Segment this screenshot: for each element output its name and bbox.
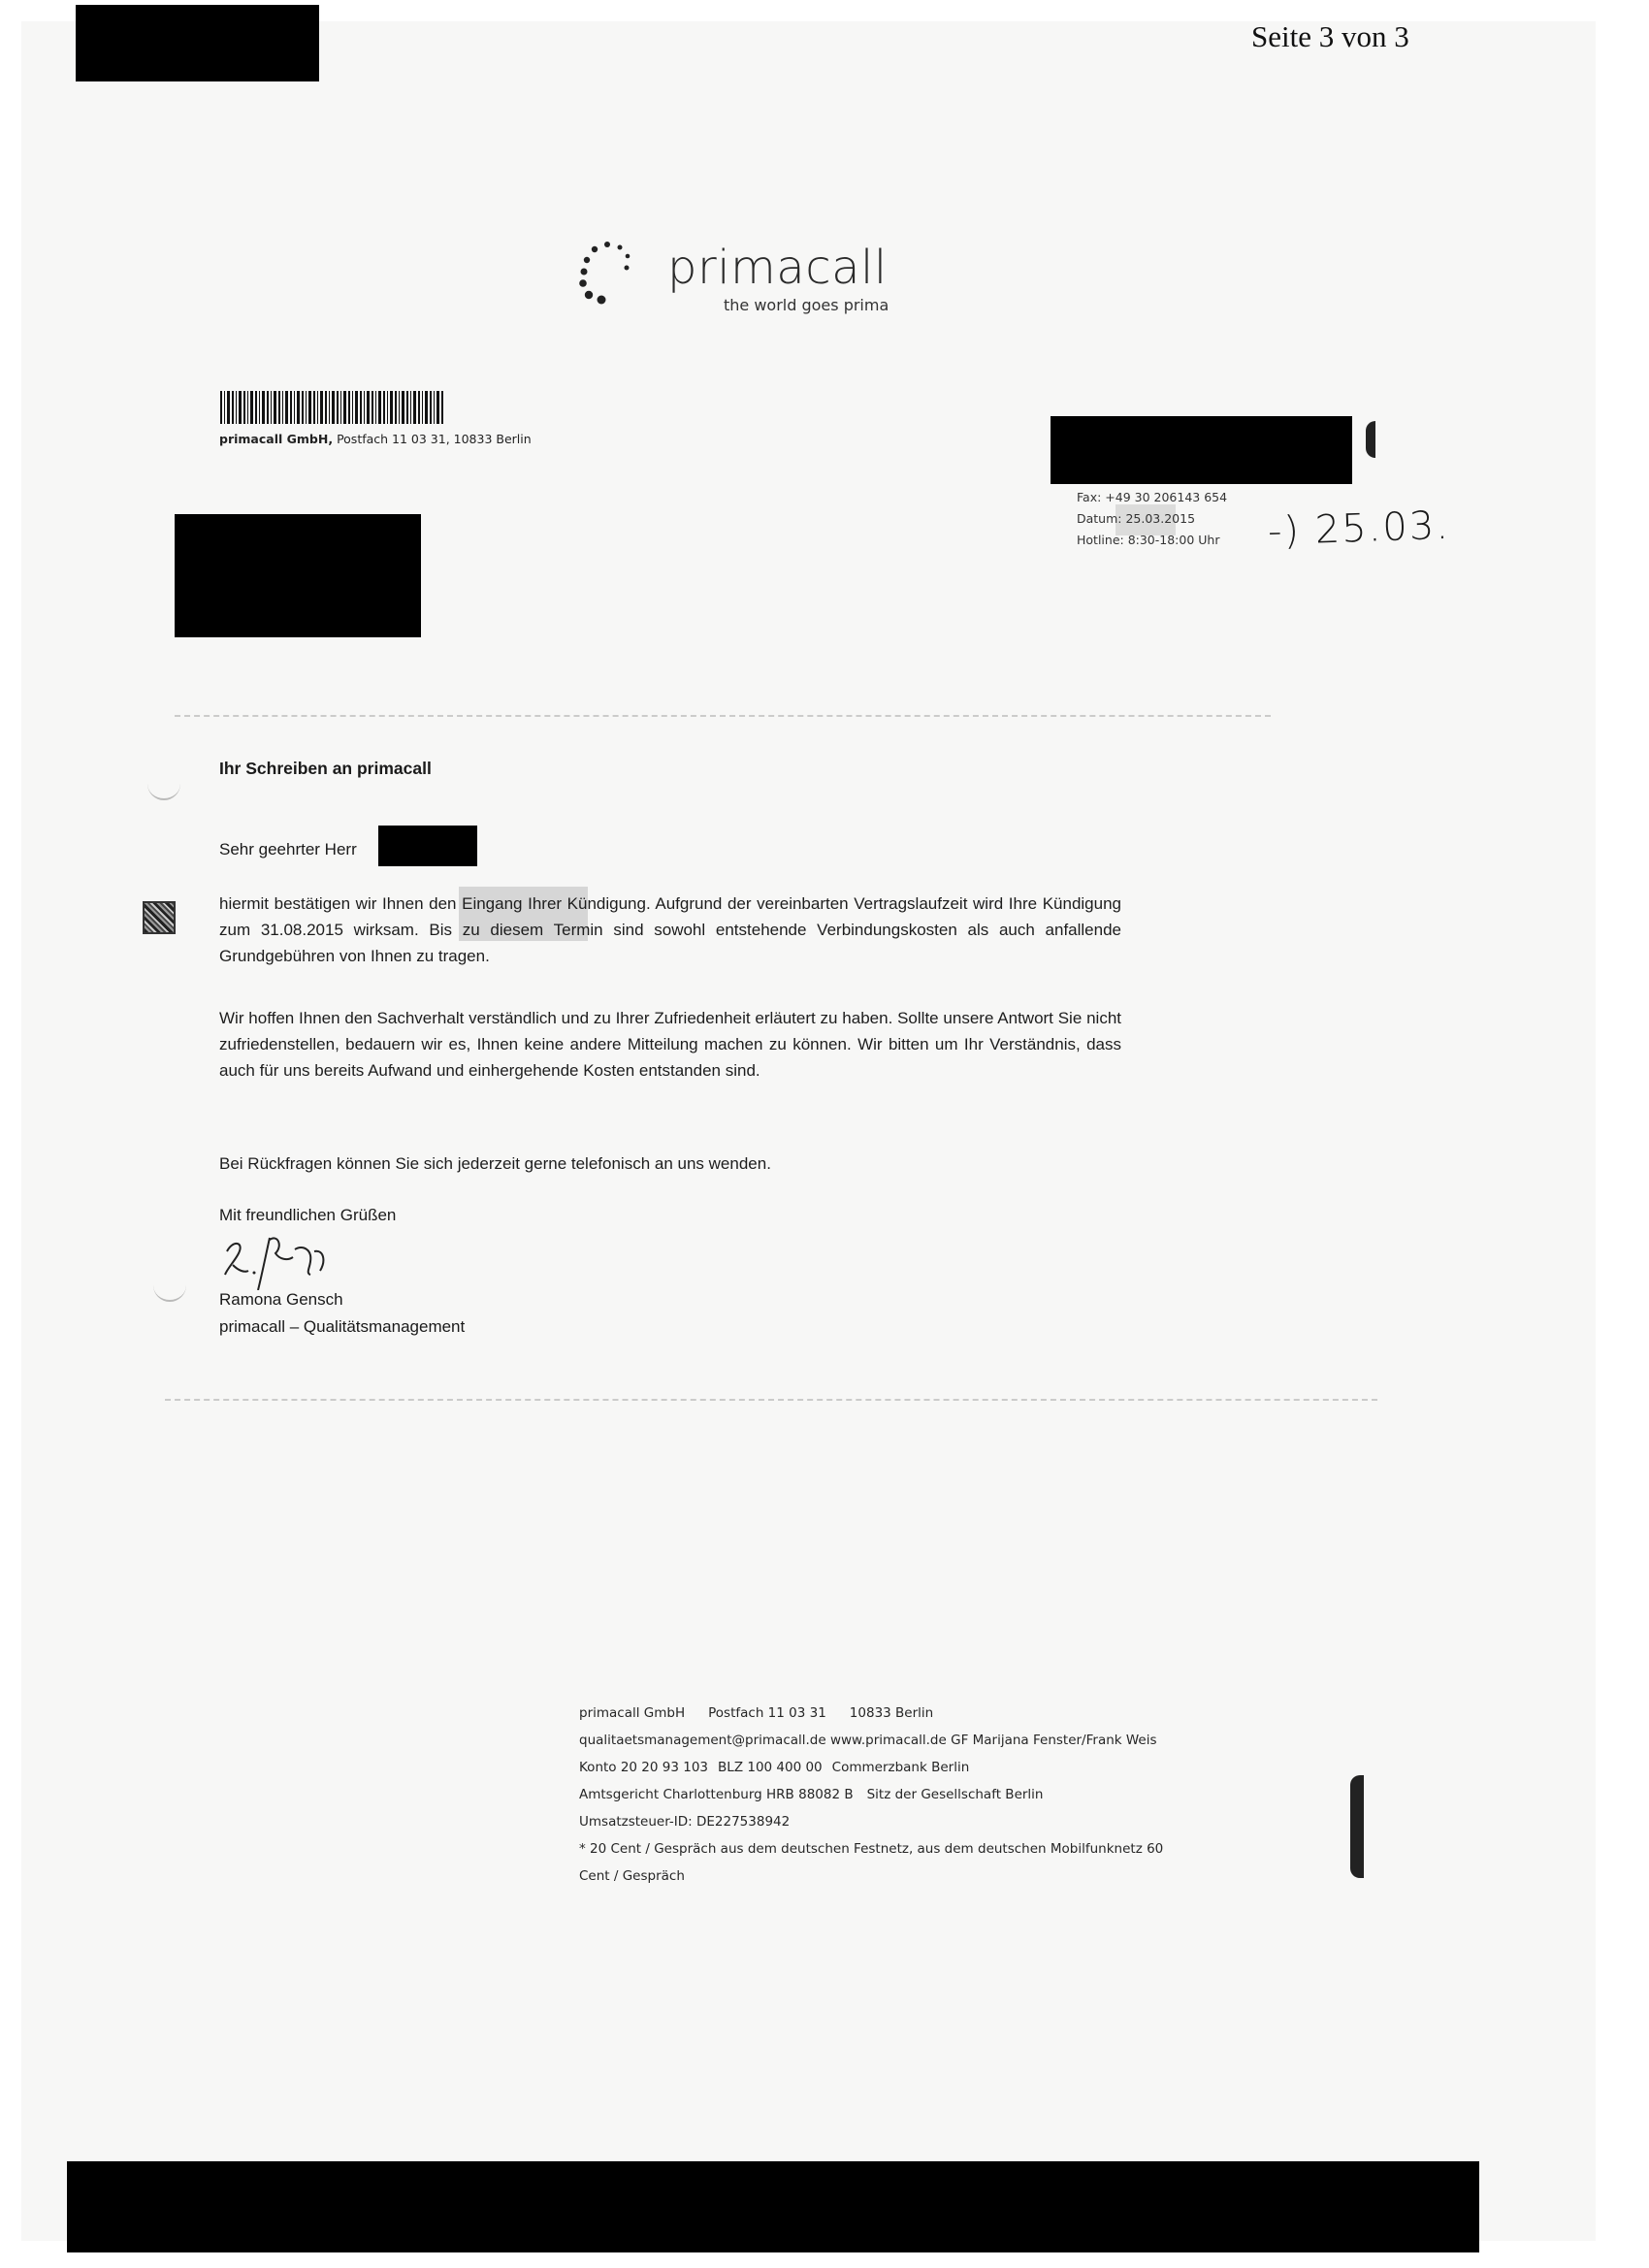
barcode xyxy=(220,391,443,424)
punch-mark-top xyxy=(1366,421,1375,458)
footer-line-contact: qualitaetsmanagement@primacall.de www.pr… xyxy=(579,1727,1163,1754)
page-counter: Seite 3 von 3 xyxy=(1251,19,1409,54)
dotted-circle-logo-icon xyxy=(578,235,646,312)
handwritten-note: -) 25.03. xyxy=(1267,503,1450,555)
logo-wordmark: primacall xyxy=(667,241,888,295)
datamatrix-code xyxy=(143,901,176,934)
logo-tagline: the world goes prima xyxy=(724,296,889,314)
contact-hotline: Hotline: 8:30-18:00 Uhr xyxy=(1077,530,1227,551)
scanned-page xyxy=(21,21,1596,2241)
letter-closing: Mit freundlichen Grüßen xyxy=(219,1206,396,1225)
redaction-recipient-name xyxy=(378,826,477,866)
signer-department: primacall – Qualitätsmanagement xyxy=(219,1317,465,1337)
footer-line-register: Amtsgericht Charlottenburg HRB 88082 BSi… xyxy=(579,1781,1163,1808)
footer-line-pricing: * 20 Cent / Gespräch aus dem deutschen F… xyxy=(579,1835,1163,1863)
signature xyxy=(219,1232,355,1290)
redaction-contact-header xyxy=(1051,416,1352,484)
footer-line-pricing-cont: Cent / Gespräch xyxy=(579,1863,1163,1890)
contact-fax: Fax: +49 30 206143 654 xyxy=(1077,487,1227,508)
footer-line-vat: Umsatzsteuer-ID: DE227538942 xyxy=(579,1808,1163,1835)
redaction-recipient-address xyxy=(175,514,421,637)
footer-line-address: primacall GmbHPostfach 11 03 3110833 Ber… xyxy=(579,1700,1163,1727)
contact-block: Fax: +49 30 206143 654 Datum: 25.03.2015… xyxy=(1077,487,1227,551)
letter-subject: Ihr Schreiben an primacall xyxy=(219,759,432,779)
letter-paragraph-1: hiermit bestätigen wir Ihnen den Eingang… xyxy=(219,891,1121,969)
company-footer: primacall GmbHPostfach 11 03 3110833 Ber… xyxy=(579,1700,1163,1890)
sender-address: Postfach 11 03 31, 10833 Berlin xyxy=(337,432,532,446)
letter-paragraph-3: Bei Rückfragen können Sie sich jederzeit… xyxy=(219,1150,1121,1177)
sender-return-address: primacall GmbH, Postfach 11 03 31, 10833… xyxy=(219,432,532,446)
footer-line-bank: Konto 20 20 93 103BLZ 100 400 00Commerzb… xyxy=(579,1754,1163,1781)
contact-date: Datum: 25.03.2015 xyxy=(1077,508,1227,530)
letter-paragraph-2: Wir hoffen Ihnen den Sachverhalt verstän… xyxy=(219,1005,1121,1084)
punch-mark-bottom xyxy=(1350,1775,1364,1878)
letter-salutation: Sehr geehrter Herr xyxy=(219,840,357,859)
redaction-bottom xyxy=(67,2161,1479,2252)
signer-name: Ramona Gensch xyxy=(219,1290,343,1310)
divider-bottom xyxy=(165,1399,1377,1401)
sender-company: primacall GmbH, xyxy=(219,432,333,446)
divider-top xyxy=(175,715,1271,717)
redaction-top-left xyxy=(76,5,319,81)
